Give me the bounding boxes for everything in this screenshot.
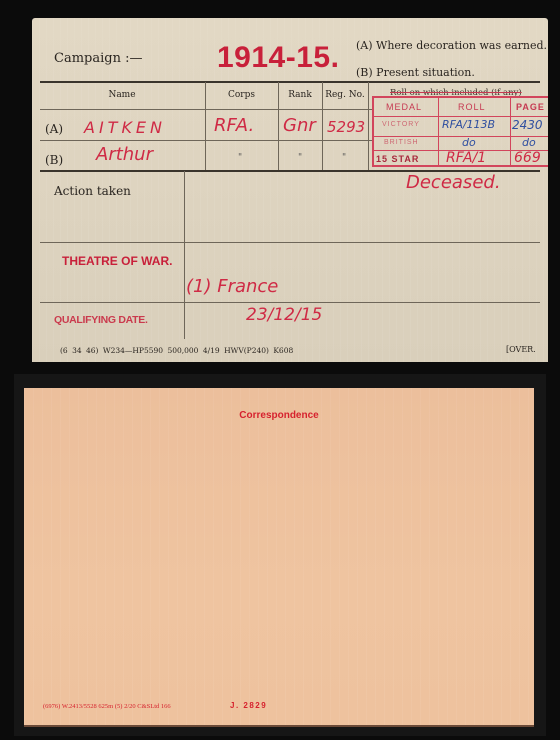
qualifying-date-value: 23/12/15	[246, 305, 322, 325]
action-taken-value: Deceased.	[406, 172, 501, 193]
row-a-label: (A)	[45, 122, 63, 136]
ditto-rank: "	[298, 153, 302, 163]
over-label: [OVER.	[506, 345, 536, 354]
roll-15-star: RFA/1	[446, 150, 486, 166]
correspondence-heading: Correspondence	[24, 410, 534, 421]
theatre-of-war-value: (1) France	[186, 276, 278, 297]
table-rule	[40, 140, 372, 141]
legend-a: (A) Where decoration was earned.	[356, 39, 547, 52]
qualifying-date-label: QUALIFYING DATE.	[54, 314, 148, 326]
column-header-name: Name	[72, 90, 172, 100]
page-victory: 2430	[512, 118, 543, 132]
medal-header-roll: ROLL	[458, 102, 486, 112]
divider	[184, 171, 185, 339]
page-15-star: 669	[514, 150, 541, 166]
medal-15-star: 15 STAR	[376, 154, 419, 164]
roll-victory: RFA/113B	[442, 118, 495, 131]
divider	[368, 82, 369, 170]
surname-value: AITKEN	[84, 118, 166, 137]
campaign-year-stamp: 1914-15.	[217, 41, 339, 75]
header-rule	[40, 81, 540, 83]
roll-british: do	[462, 136, 476, 149]
medal-header-page: PAGE	[516, 102, 545, 112]
ditto-reg-no: "	[342, 153, 346, 163]
medal-roll-stamp: MEDAL ROLL PAGE VICTORY RFA/113B 2430 BR…	[372, 96, 548, 167]
ditto-corps: "	[238, 153, 242, 163]
medal-header-medal: MEDAL	[386, 102, 422, 112]
medal-card-back: Correspondence (6976) W.2413/5528 625m (…	[24, 388, 534, 727]
print-reference: (6 34 46) W234—HP5590 500,000 4/19 HWV(P…	[60, 346, 293, 355]
medal-british: BRITISH	[384, 139, 419, 146]
reg-no-value: 5293	[327, 118, 365, 136]
medal-card-front: Campaign :— 1914-15. (A) Where decoratio…	[32, 18, 548, 362]
corps-value: RFA.	[214, 115, 254, 136]
legend-b: (B) Present situation.	[356, 66, 475, 79]
table-rule	[40, 109, 372, 110]
campaign-label: Campaign :—	[54, 51, 142, 66]
back-print-reference: (6976) W.2413/5528 625m (5) 2/20 C&SLtd …	[43, 703, 171, 710]
section-rule	[40, 302, 540, 303]
action-taken-label: Action taken	[54, 184, 131, 198]
back-form-code: J. 2829	[230, 701, 267, 710]
rank-value: Gnr	[283, 115, 316, 136]
theatre-of-war-label: THEATRE OF WAR.	[62, 254, 172, 268]
page-british: do	[522, 136, 536, 149]
medal-victory: VICTORY	[382, 121, 420, 128]
section-rule	[40, 242, 540, 243]
column-header-corps: Corps	[205, 90, 278, 100]
column-header-reg-no: Reg. No.	[322, 90, 368, 100]
forename-value: Arthur	[96, 144, 153, 165]
row-b-label: (B)	[45, 153, 63, 167]
column-header-rank: Rank	[278, 90, 322, 100]
